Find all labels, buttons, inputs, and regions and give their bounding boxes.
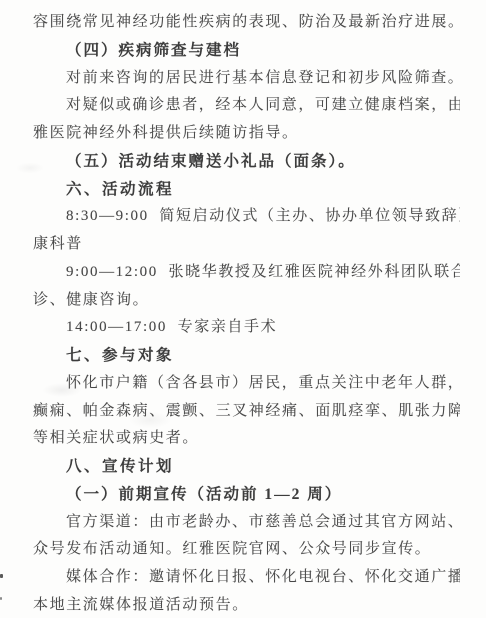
scanned-document: { "page": { "background": "#fdfdfc", "te…	[0, 0, 486, 618]
sub-heading-1: （一）前期宣传（活动前 1—2 周）	[33, 481, 460, 509]
doc-line-continuation: 诊、健康咨询。	[33, 287, 460, 315]
section-heading-6: 六、活动流程	[33, 176, 460, 204]
sub-heading-4: （四）疾病筛查与建档	[33, 37, 460, 65]
doc-line-continuation: 雅医院神经外科提供后续随访指导。	[33, 120, 460, 148]
doc-line: 官方渠道：由市老龄办、市慈善总会通过其官方网站、公	[33, 509, 460, 537]
doc-line-continuation: 容围绕常见神经功能性疾病的表现、防治及最新治疗进展。	[33, 9, 460, 37]
section-heading-7: 七、参与对象	[33, 342, 460, 370]
doc-line-continuation: 康科普	[33, 231, 460, 259]
section-heading-8: 八、宣传计划	[33, 453, 460, 481]
scan-artifact	[0, 597, 2, 600]
doc-line: 媒体合作：邀请怀化日报、怀化电视台、怀化交通广播等	[33, 564, 460, 592]
doc-line: 对疑似或确诊患者，经本人同意，可建立健康档案，由红	[33, 92, 460, 120]
doc-line: 对前来咨询的居民进行基本信息登记和初步风险筛查。	[33, 65, 460, 93]
scan-artifact	[0, 574, 3, 578]
document-page: 容围绕常见神经功能性疾病的表现、防治及最新治疗进展。 （四）疾病筛查与建档 对前…	[0, 0, 486, 618]
doc-line-continuation: 癫痫、帕金森病、震颤、三叉神经痛、面肌痉挛、肌张力障碍	[33, 398, 460, 426]
doc-line-continuation: 等相关症状或病史者。	[33, 425, 460, 453]
doc-line: 怀化市户籍（含各县市）居民，重点关注中老年人群，有	[33, 370, 460, 398]
doc-line-continuation: 众号发布活动通知。红雅医院官网、公众号同步宣传。	[33, 536, 460, 564]
doc-line-continuation: 本地主流媒体报道活动预告。	[33, 592, 460, 618]
schedule-line-midday: 9:00—12:00 张晓华教授及红雅医院神经外科团队联合义	[33, 259, 460, 287]
schedule-line-morning: 8:30—9:00 简短启动仪式（主办、协办单位领导致辞）、健	[33, 203, 460, 231]
schedule-line-afternoon: 14:00—17:00 专家亲自手术	[33, 314, 460, 342]
sub-heading-5: （五）活动结束赠送小礼品（面条）。	[33, 148, 460, 176]
